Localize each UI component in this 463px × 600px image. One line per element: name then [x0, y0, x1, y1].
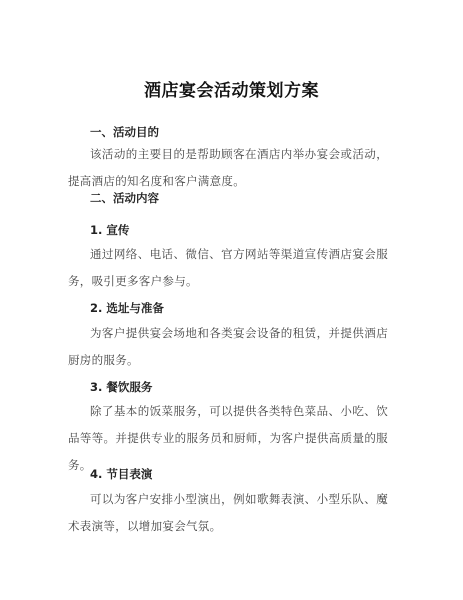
- paragraph-venue: 为客户提供宴会场地和各类宴会设备的租赁，并提供酒店厨房的服务。: [68, 320, 388, 374]
- paragraph-promotion: 通过网络、电话、微信、官方网站等渠道宣传酒店宴会服务，吸引更多客户参与。: [68, 241, 388, 295]
- section-heading-content: 二、活动内容: [90, 190, 159, 206]
- subsection-heading-performance: 4. 节目表演: [90, 466, 152, 482]
- paragraph-purpose: 该活动的主要目的是帮助顾客在酒店内举办宴会或活动，提高酒店的知名度和客户满意度。: [68, 141, 388, 195]
- subsection-heading-catering: 3. 餐饮服务: [90, 379, 152, 395]
- subsection-heading-promotion: 1. 宣传: [90, 222, 129, 238]
- document-title: 酒店宴会活动策划方案: [0, 76, 463, 101]
- subsection-heading-venue: 2. 选址与准备: [90, 300, 164, 316]
- paragraph-performance: 可以为客户安排小型演出，例如歌舞表演、小型乐队、魔术表演等，以增加宴会气氛。: [68, 486, 388, 540]
- section-heading-purpose: 一、活动目的: [90, 124, 159, 140]
- document-page: 酒店宴会活动策划方案 一、活动目的 该活动的主要目的是帮助顾客在酒店内举办宴会或…: [0, 0, 463, 600]
